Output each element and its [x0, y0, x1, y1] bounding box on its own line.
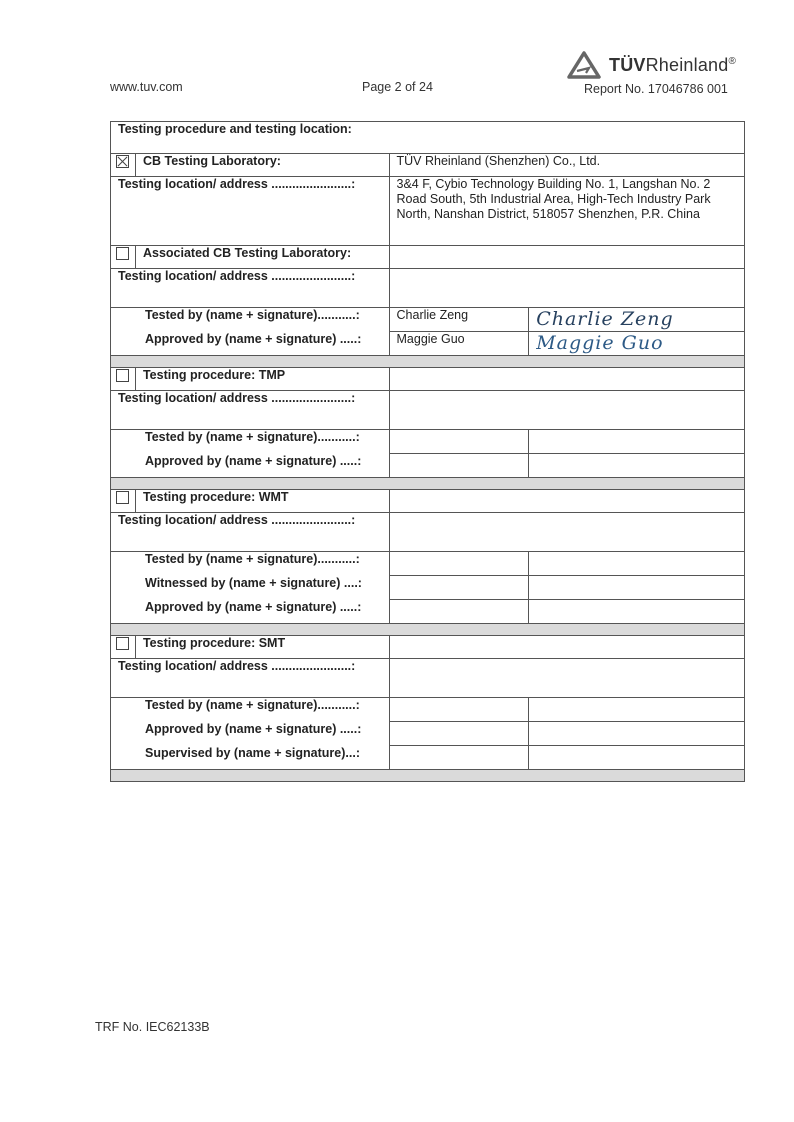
smt-location-label: Testing location/ address ..............…: [111, 659, 390, 698]
wmt-witnessed-signature: [529, 576, 745, 600]
section-divider: [111, 356, 745, 368]
smt-label: Testing procedure: SMT: [135, 636, 389, 659]
smt-tested-name: [389, 698, 529, 722]
tmp-tested-label: Tested by (name + signature)...........:: [111, 430, 390, 454]
report-number: Report No. 17046786 001: [584, 82, 728, 96]
wmt-checkbox[interactable]: [116, 491, 129, 504]
associated-tested-name: Charlie Zeng: [389, 308, 529, 332]
tmp-location-value: [389, 391, 744, 430]
trf-number: TRF No. IEC62133B: [95, 1020, 210, 1034]
wmt-witnessed-name: [389, 576, 529, 600]
wmt-label: Testing procedure: WMT: [135, 490, 389, 513]
page-number: Page 2 of 24: [362, 80, 433, 94]
tmp-tested-signature: [529, 430, 745, 454]
website-url: www.tuv.com: [110, 80, 183, 94]
smt-approved-signature: [529, 722, 745, 746]
tmp-approved-name: [389, 454, 529, 478]
smt-checkbox[interactable]: [116, 637, 129, 650]
section-divider: [111, 770, 745, 782]
testing-procedure-table: Testing procedure and testing location: …: [110, 121, 745, 782]
smt-supervised-signature: [529, 746, 745, 770]
smt-value: [389, 636, 744, 659]
cb-lab-checkbox[interactable]: [116, 155, 129, 168]
tuv-logo: TÜVRheinland®: [567, 50, 736, 80]
tmp-value: [389, 368, 744, 391]
tmp-approved-label: Approved by (name + signature) .....:: [111, 454, 390, 478]
wmt-location-value: [389, 513, 744, 552]
logo-text: TÜVRheinland®: [609, 55, 736, 76]
wmt-approved-label: Approved by (name + signature) .....:: [111, 600, 390, 624]
smt-location-value: [389, 659, 744, 698]
associated-lab-value: [389, 246, 744, 269]
cb-lab-location-value: 3&4 F, Cybio Technology Building No. 1, …: [389, 177, 744, 246]
tmp-tested-name: [389, 430, 529, 454]
section-divider: [111, 478, 745, 490]
tmp-label: Testing procedure: TMP: [135, 368, 389, 391]
wmt-approved-name: [389, 600, 529, 624]
cb-lab-location-label: Testing location/ address ..............…: [111, 177, 390, 246]
associated-tested-label: Tested by (name + signature)...........:: [111, 308, 390, 332]
smt-approved-name: [389, 722, 529, 746]
tuv-triangle-icon: [567, 51, 601, 79]
associated-lab-location-value: [389, 269, 744, 308]
tmp-approved-signature: [529, 454, 745, 478]
associated-lab-location-label: Testing location/ address ..............…: [111, 269, 390, 308]
smt-tested-signature: [529, 698, 745, 722]
associated-approved-name: Maggie Guo: [389, 332, 529, 356]
smt-supervised-label: Supervised by (name + signature)...:: [111, 746, 390, 770]
wmt-tested-signature: [529, 552, 745, 576]
table-title: Testing procedure and testing location:: [111, 122, 745, 154]
cb-lab-label: CB Testing Laboratory:: [135, 154, 389, 177]
tmp-location-label: Testing location/ address ..............…: [111, 391, 390, 430]
wmt-value: [389, 490, 744, 513]
smt-supervised-name: [389, 746, 529, 770]
section-divider: [111, 624, 745, 636]
wmt-approved-signature: [529, 600, 745, 624]
cb-lab-value: TÜV Rheinland (Shenzhen) Co., Ltd.: [389, 154, 744, 177]
associated-tested-signature: Charlie Zeng: [536, 308, 673, 330]
smt-tested-label: Tested by (name + signature)...........:: [111, 698, 390, 722]
wmt-witnessed-label: Witnessed by (name + signature) ....:: [111, 576, 390, 600]
associated-lab-checkbox[interactable]: [116, 247, 129, 260]
wmt-tested-label: Tested by (name + signature)...........:: [111, 552, 390, 576]
associated-approved-label: Approved by (name + signature) .....:: [111, 332, 390, 356]
tmp-checkbox[interactable]: [116, 369, 129, 382]
wmt-tested-name: [389, 552, 529, 576]
associated-lab-label: Associated CB Testing Laboratory:: [135, 246, 389, 269]
smt-approved-label: Approved by (name + signature) .....:: [111, 722, 390, 746]
wmt-location-label: Testing location/ address ..............…: [111, 513, 390, 552]
associated-approved-signature: Maggie Guo: [536, 332, 663, 354]
